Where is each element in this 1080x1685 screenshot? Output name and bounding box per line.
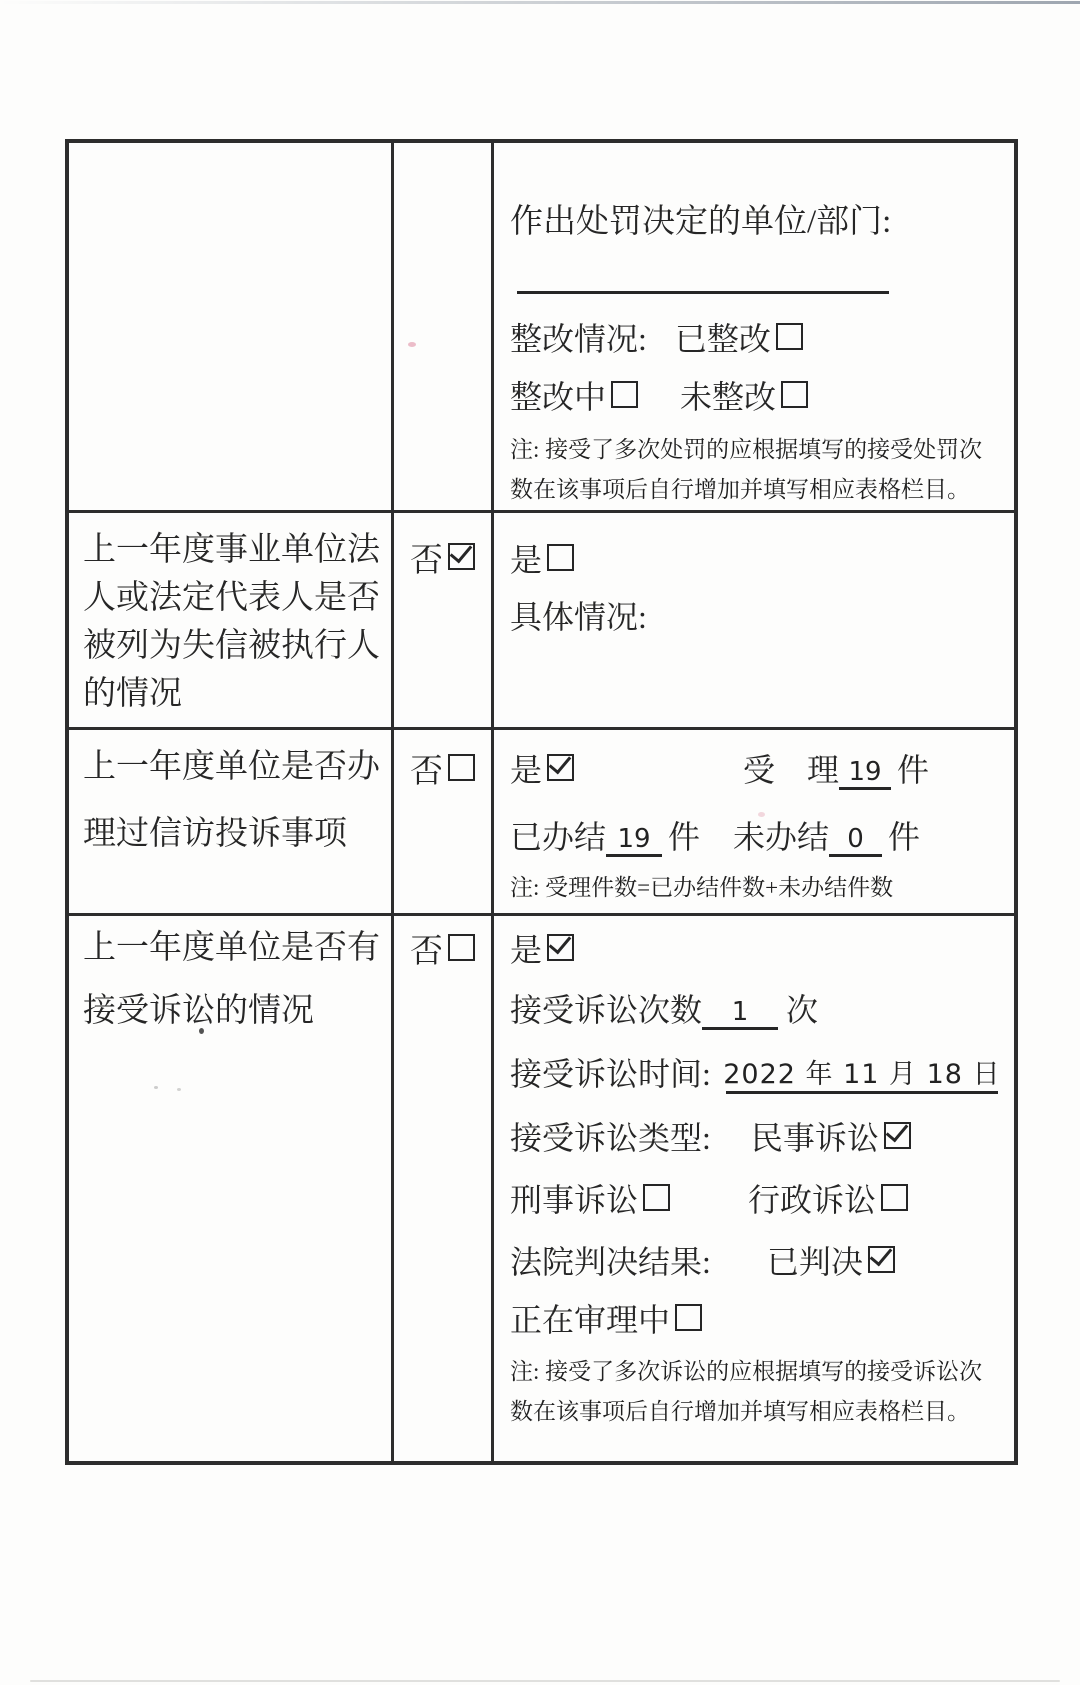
- verdict-label: 法院判决结果:: [510, 1237, 711, 1283]
- row4-item-cell: 上一年度单位是否有接受诉讼的情况: [69, 913, 391, 1461]
- checkbox-judged: [868, 1246, 895, 1273]
- rectified-label: 已整改: [675, 314, 771, 360]
- litigation-note-line2: 数在该事项后自行增加并填写相应表格栏目。: [510, 1392, 982, 1432]
- checkbox-no-dishonest: [448, 543, 475, 570]
- penalty-note-line1: 注: 接受了多次处罚的应根据填写的接受处罚次: [510, 430, 982, 470]
- dishonest-no-group: 否: [394, 535, 491, 579]
- checkbox-criminal-litigation: [643, 1184, 670, 1211]
- petition-item-label: 上一年度单位是否办理过信访投诉事项: [83, 734, 385, 868]
- penalty-note: 注: 接受了多次处罚的应根据填写的接受处罚次 数在该事项后自行增加并填写相应表格…: [510, 430, 982, 510]
- litigation-count-label: 接受诉讼次数: [510, 985, 702, 1031]
- litigation-time-label: 接受诉讼时间:: [510, 1049, 711, 1095]
- dishonest-detail-label: 具体情况:: [510, 592, 647, 638]
- litigation-no-label: 否: [410, 925, 443, 972]
- litigation-item-label: 上一年度单位是否有接受诉讼的情况: [83, 917, 385, 1043]
- closed-label: 已办结: [510, 812, 606, 858]
- penalty-authority-text: 作出处罚决定的单位/部门:: [510, 195, 891, 242]
- row1-detail-cell: 作出处罚决定的单位/部门: 整改情况: 已整改 整改中 未整改 注: 接受了多次…: [491, 143, 1014, 510]
- civil-litigation-label: 民事诉讼: [751, 1113, 879, 1159]
- in-trial-line: 正在审理中: [510, 1296, 1010, 1340]
- petition-accepted-line: 是 受 理 19 件: [510, 746, 1010, 790]
- not-rectified-label: 未整改: [680, 372, 776, 418]
- penalty-authority-blank-line: [517, 291, 889, 294]
- checkbox-in-trial: [675, 1304, 702, 1331]
- litigation-count-value: 1: [732, 997, 749, 1027]
- closed-count-value: 19: [617, 824, 650, 854]
- litigation-type-label: 接受诉讼类型:: [510, 1113, 711, 1159]
- checkbox-not-rectified: [781, 381, 808, 408]
- petition-no-group: 否: [394, 746, 491, 790]
- penalty-authority-label: 作出处罚决定的单位/部门:: [510, 196, 1010, 240]
- judged-label: 已判决: [767, 1237, 863, 1283]
- litigation-time-line: 接受诉讼时间: 2022 年 11 月 18 日: [510, 1050, 1010, 1094]
- litigation-count-underline: 1: [702, 994, 778, 1030]
- dishonest-yes-label: 是: [510, 535, 542, 581]
- petition-yes-label: 是: [510, 745, 542, 791]
- litigation-yes-line: 是: [510, 926, 1010, 970]
- accepted-unit: 件: [897, 745, 929, 791]
- rectifying-label: 整改中: [510, 372, 606, 418]
- litigation-time-value: 2022 年 11 月 18 日: [723, 1059, 1000, 1091]
- penalty-note-line2: 数在该事项后自行增加并填写相应表格栏目。: [510, 470, 982, 510]
- open-label: 未办结: [733, 812, 829, 858]
- litigation-note-line1: 注: 接受了多次诉讼的应根据填写的接受诉讼次: [510, 1352, 982, 1392]
- dishonest-no-label: 否: [410, 534, 443, 581]
- row2-no-cell: 否: [391, 510, 491, 727]
- row4-detail-cell: 是 接受诉讼次数 1 次 接受诉讼时间: 2022 年 11 月 18 日 接受…: [491, 913, 1014, 1461]
- litigation-count-unit: 次: [786, 985, 818, 1031]
- criminal-litigation-label: 刑事诉讼: [510, 1175, 638, 1221]
- accepted-count-value: 19: [848, 757, 881, 787]
- closed-unit: 件: [668, 812, 700, 858]
- scan-artifact-top-edge: [0, 1, 1080, 4]
- scanned-form-page: 作出处罚决定的单位/部门: 整改情况: 已整改 整改中 未整改 注: 接受了多次…: [0, 0, 1080, 1685]
- checkbox-no-petition: [448, 754, 475, 781]
- row1-item-cell: [69, 143, 391, 510]
- checkbox-yes-litigation: [547, 934, 574, 961]
- checkbox-rectifying: [611, 381, 638, 408]
- administrative-litigation-label: 行政诉讼: [748, 1175, 876, 1221]
- open-unit: 件: [888, 812, 920, 858]
- checkbox-administrative-litigation: [881, 1184, 908, 1211]
- row2-detail-cell: 是 具体情况:: [491, 510, 1014, 727]
- checkbox-yes-petition: [547, 754, 574, 781]
- annual-report-table: 作出处罚决定的单位/部门: 整改情况: 已整改 整改中 未整改 注: 接受了多次…: [65, 139, 1018, 1465]
- litigation-time-underline: 2022 年 11 月 18 日: [726, 1058, 998, 1094]
- checkbox-civil-litigation: [884, 1122, 911, 1149]
- rectification-status-line: 整改情况: 已整改: [510, 315, 1010, 359]
- open-count-underline: 0: [829, 821, 882, 857]
- open-count-value: 0: [847, 824, 864, 854]
- row3-item-cell: 上一年度单位是否办理过信访投诉事项: [69, 727, 391, 913]
- verdict-line: 法院判决结果: 已判决: [510, 1238, 1010, 1282]
- litigation-type-options-line: 刑事诉讼 行政诉讼: [510, 1176, 1010, 1220]
- checkbox-yes-dishonest: [547, 544, 574, 571]
- row3-detail-cell: 是 受 理 19 件 已办结 19 件 未办结 0 件 注: 受理件数=已办结件…: [491, 727, 1014, 913]
- dishonest-item-label: 上一年度事业单位法人或法定代表人是否被列为失信被执行人的情况: [83, 526, 385, 718]
- rectification-status-label: 整改情况:: [510, 314, 647, 360]
- litigation-count-line: 接受诉讼次数 1 次: [510, 986, 1010, 1030]
- in-trial-label: 正在审理中: [510, 1295, 670, 1341]
- dishonest-detail-line: 具体情况:: [510, 593, 1010, 637]
- row2-item-cell: 上一年度事业单位法人或法定代表人是否被列为失信被执行人的情况: [69, 510, 391, 727]
- scan-artifact-bottom-edge: [30, 1680, 1060, 1682]
- row3-no-cell: 否: [391, 727, 491, 913]
- dishonest-yes-line: 是: [510, 536, 1010, 580]
- accepted-count-underline: 19: [839, 754, 891, 790]
- row1-no-cell: [391, 143, 491, 510]
- litigation-yes-label: 是: [510, 925, 542, 971]
- petition-note: 注: 受理件数=已办结件数+未办结件数: [510, 868, 893, 908]
- litigation-note: 注: 接受了多次诉讼的应根据填写的接受诉讼次 数在该事项后自行增加并填写相应表格…: [510, 1352, 982, 1432]
- checkbox-rectified: [776, 323, 803, 350]
- row4-no-cell: 否: [391, 913, 491, 1461]
- litigation-no-group: 否: [394, 926, 491, 970]
- checkbox-no-litigation: [448, 934, 475, 961]
- rectification-options-line: 整改中 未整改: [510, 373, 1010, 417]
- petition-no-label: 否: [410, 745, 443, 792]
- accepted-label: 受 理: [743, 745, 839, 791]
- petition-note-line: 注: 受理件数=已办结件数+未办结件数: [510, 868, 893, 908]
- closed-count-underline: 19: [606, 821, 662, 857]
- petition-closed-line: 已办结 19 件 未办结 0 件: [510, 813, 1010, 857]
- litigation-type-line: 接受诉讼类型: 民事诉讼: [510, 1114, 1010, 1158]
